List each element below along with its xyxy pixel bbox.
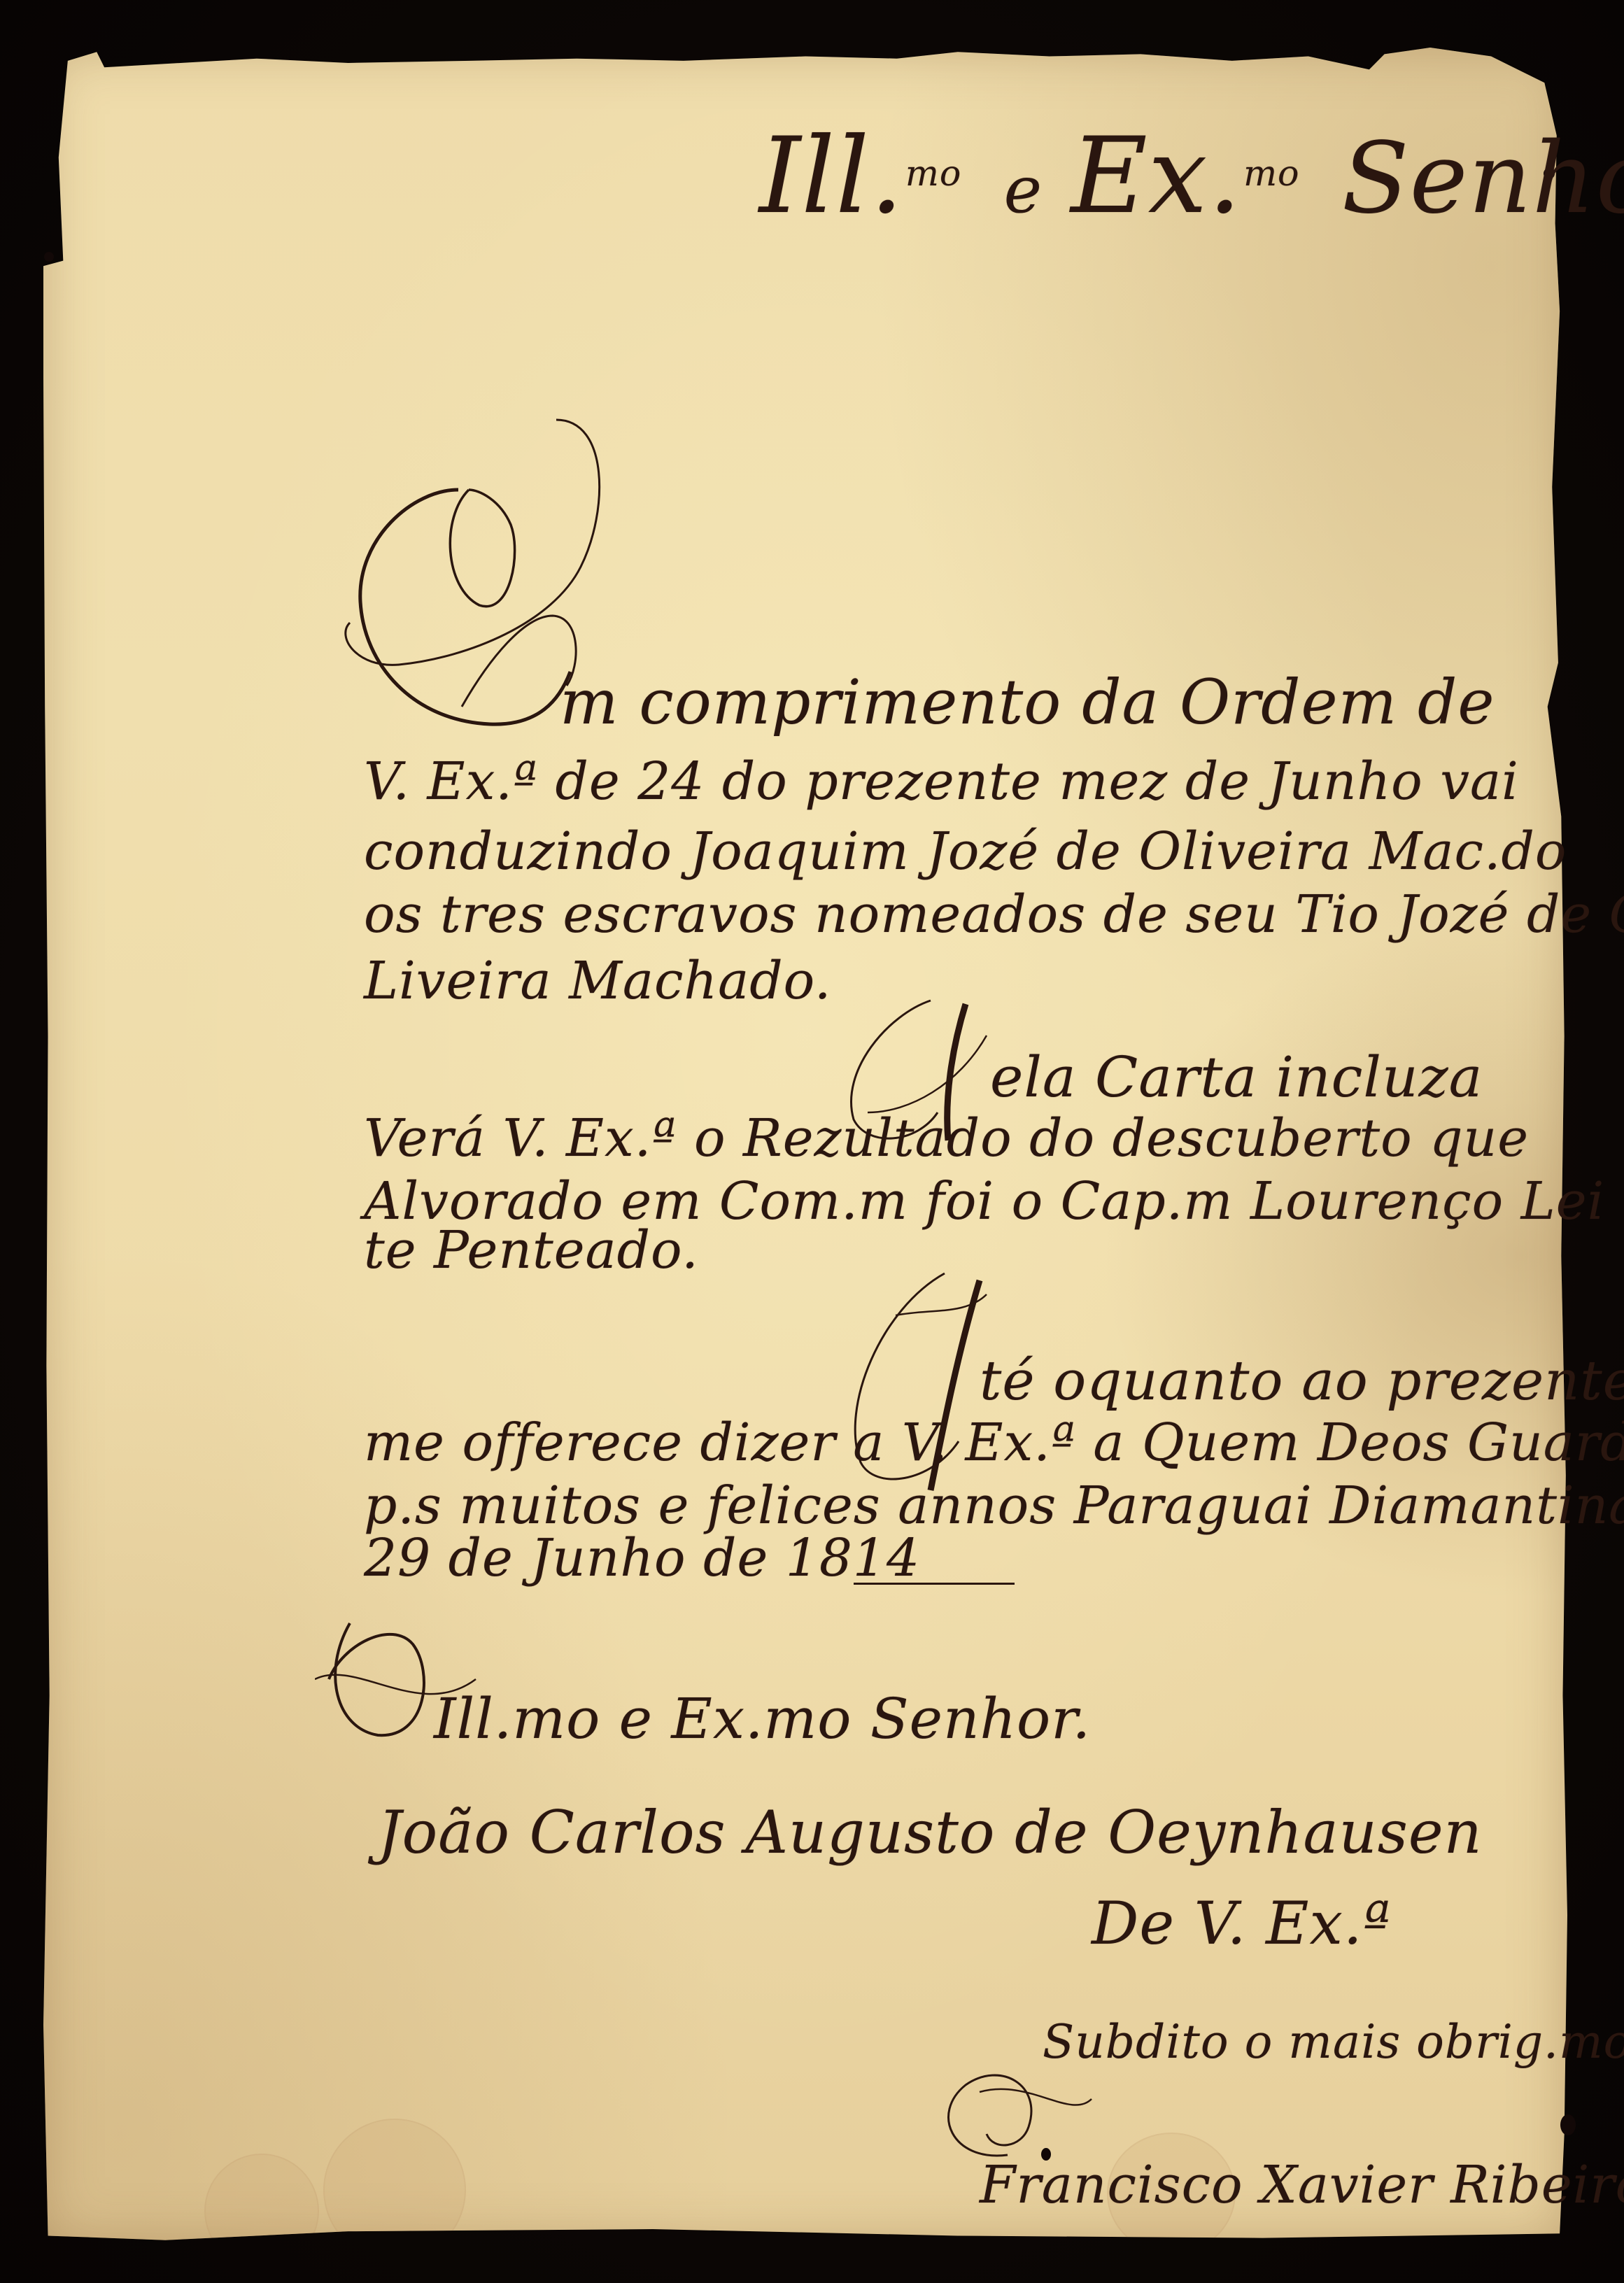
- water-stain: [204, 2154, 319, 2268]
- valediction: De V. Ex.ª: [1092, 1889, 1391, 1958]
- header-salutation: Ill.mo e Ex.mo Senhor.: [759, 115, 1624, 237]
- salutation-exc: Ex.: [1071, 115, 1242, 237]
- paragraph-3-line-4: 29 de Junho de 1814: [364, 1532, 920, 1584]
- salutation-prefix: Ill.: [759, 115, 904, 237]
- recipient-name: João Carlos Augusto de Oeynhausen: [378, 1798, 1483, 1867]
- signature: Francisco Xavier Ribeiro: [980, 2155, 1624, 2215]
- paragraph-1-line-5: Liveira Machado.: [364, 955, 831, 1007]
- paragraph-3-line-2: me offerece dizer a V. Ex.ª a Quem Deos …: [364, 1417, 1624, 1469]
- date-underline: [854, 1583, 1015, 1585]
- paper-hole: [44, 252, 54, 262]
- paragraph-1-line-2: V. Ex.ª de 24 do prezente mez de Junho v…: [364, 756, 1519, 807]
- paragraph-3-line-3: p.s muitos e felices annos Paraguai Diam…: [364, 1480, 1624, 1532]
- paragraph-2-line-3: Alvorado em Com.m foi o Cap.m Lourenço L…: [364, 1175, 1604, 1227]
- salutation-prefix-sup: mo: [905, 153, 961, 194]
- paragraph-2-line-2: Verá V. Ex.ª o Rezultado do descuberto q…: [364, 1112, 1529, 1164]
- paragraph-1-line-1: m comprimento da Ordem de: [560, 672, 1495, 733]
- salutation-exc-sup: mo: [1243, 153, 1299, 194]
- closing-salutation: Ill.mo e Ex.mo Senhor.: [434, 1686, 1091, 1751]
- paragraph-2-line-4: te Penteado.: [364, 1224, 699, 1276]
- subscription: Subdito o mais obrig.mo: [1043, 2015, 1624, 2069]
- paragraph-2-line-1: ela Carta incluza: [990, 1049, 1483, 1105]
- paragraph-3-line-1: té oquanto ao prezente se: [980, 1354, 1624, 1408]
- paragraph-1-line-3: conduzindo Joaquim Jozé de Oliveira Mac.…: [364, 826, 1567, 877]
- water-stain: [323, 2119, 466, 2261]
- salutation-connector: e: [1004, 153, 1043, 227]
- salutation-title: Senhor.: [1342, 122, 1624, 236]
- paragraph-1-line-4: os tres escravos nomeados de seu Tio Joz…: [364, 889, 1624, 940]
- paper-hole: [1560, 2114, 1576, 2135]
